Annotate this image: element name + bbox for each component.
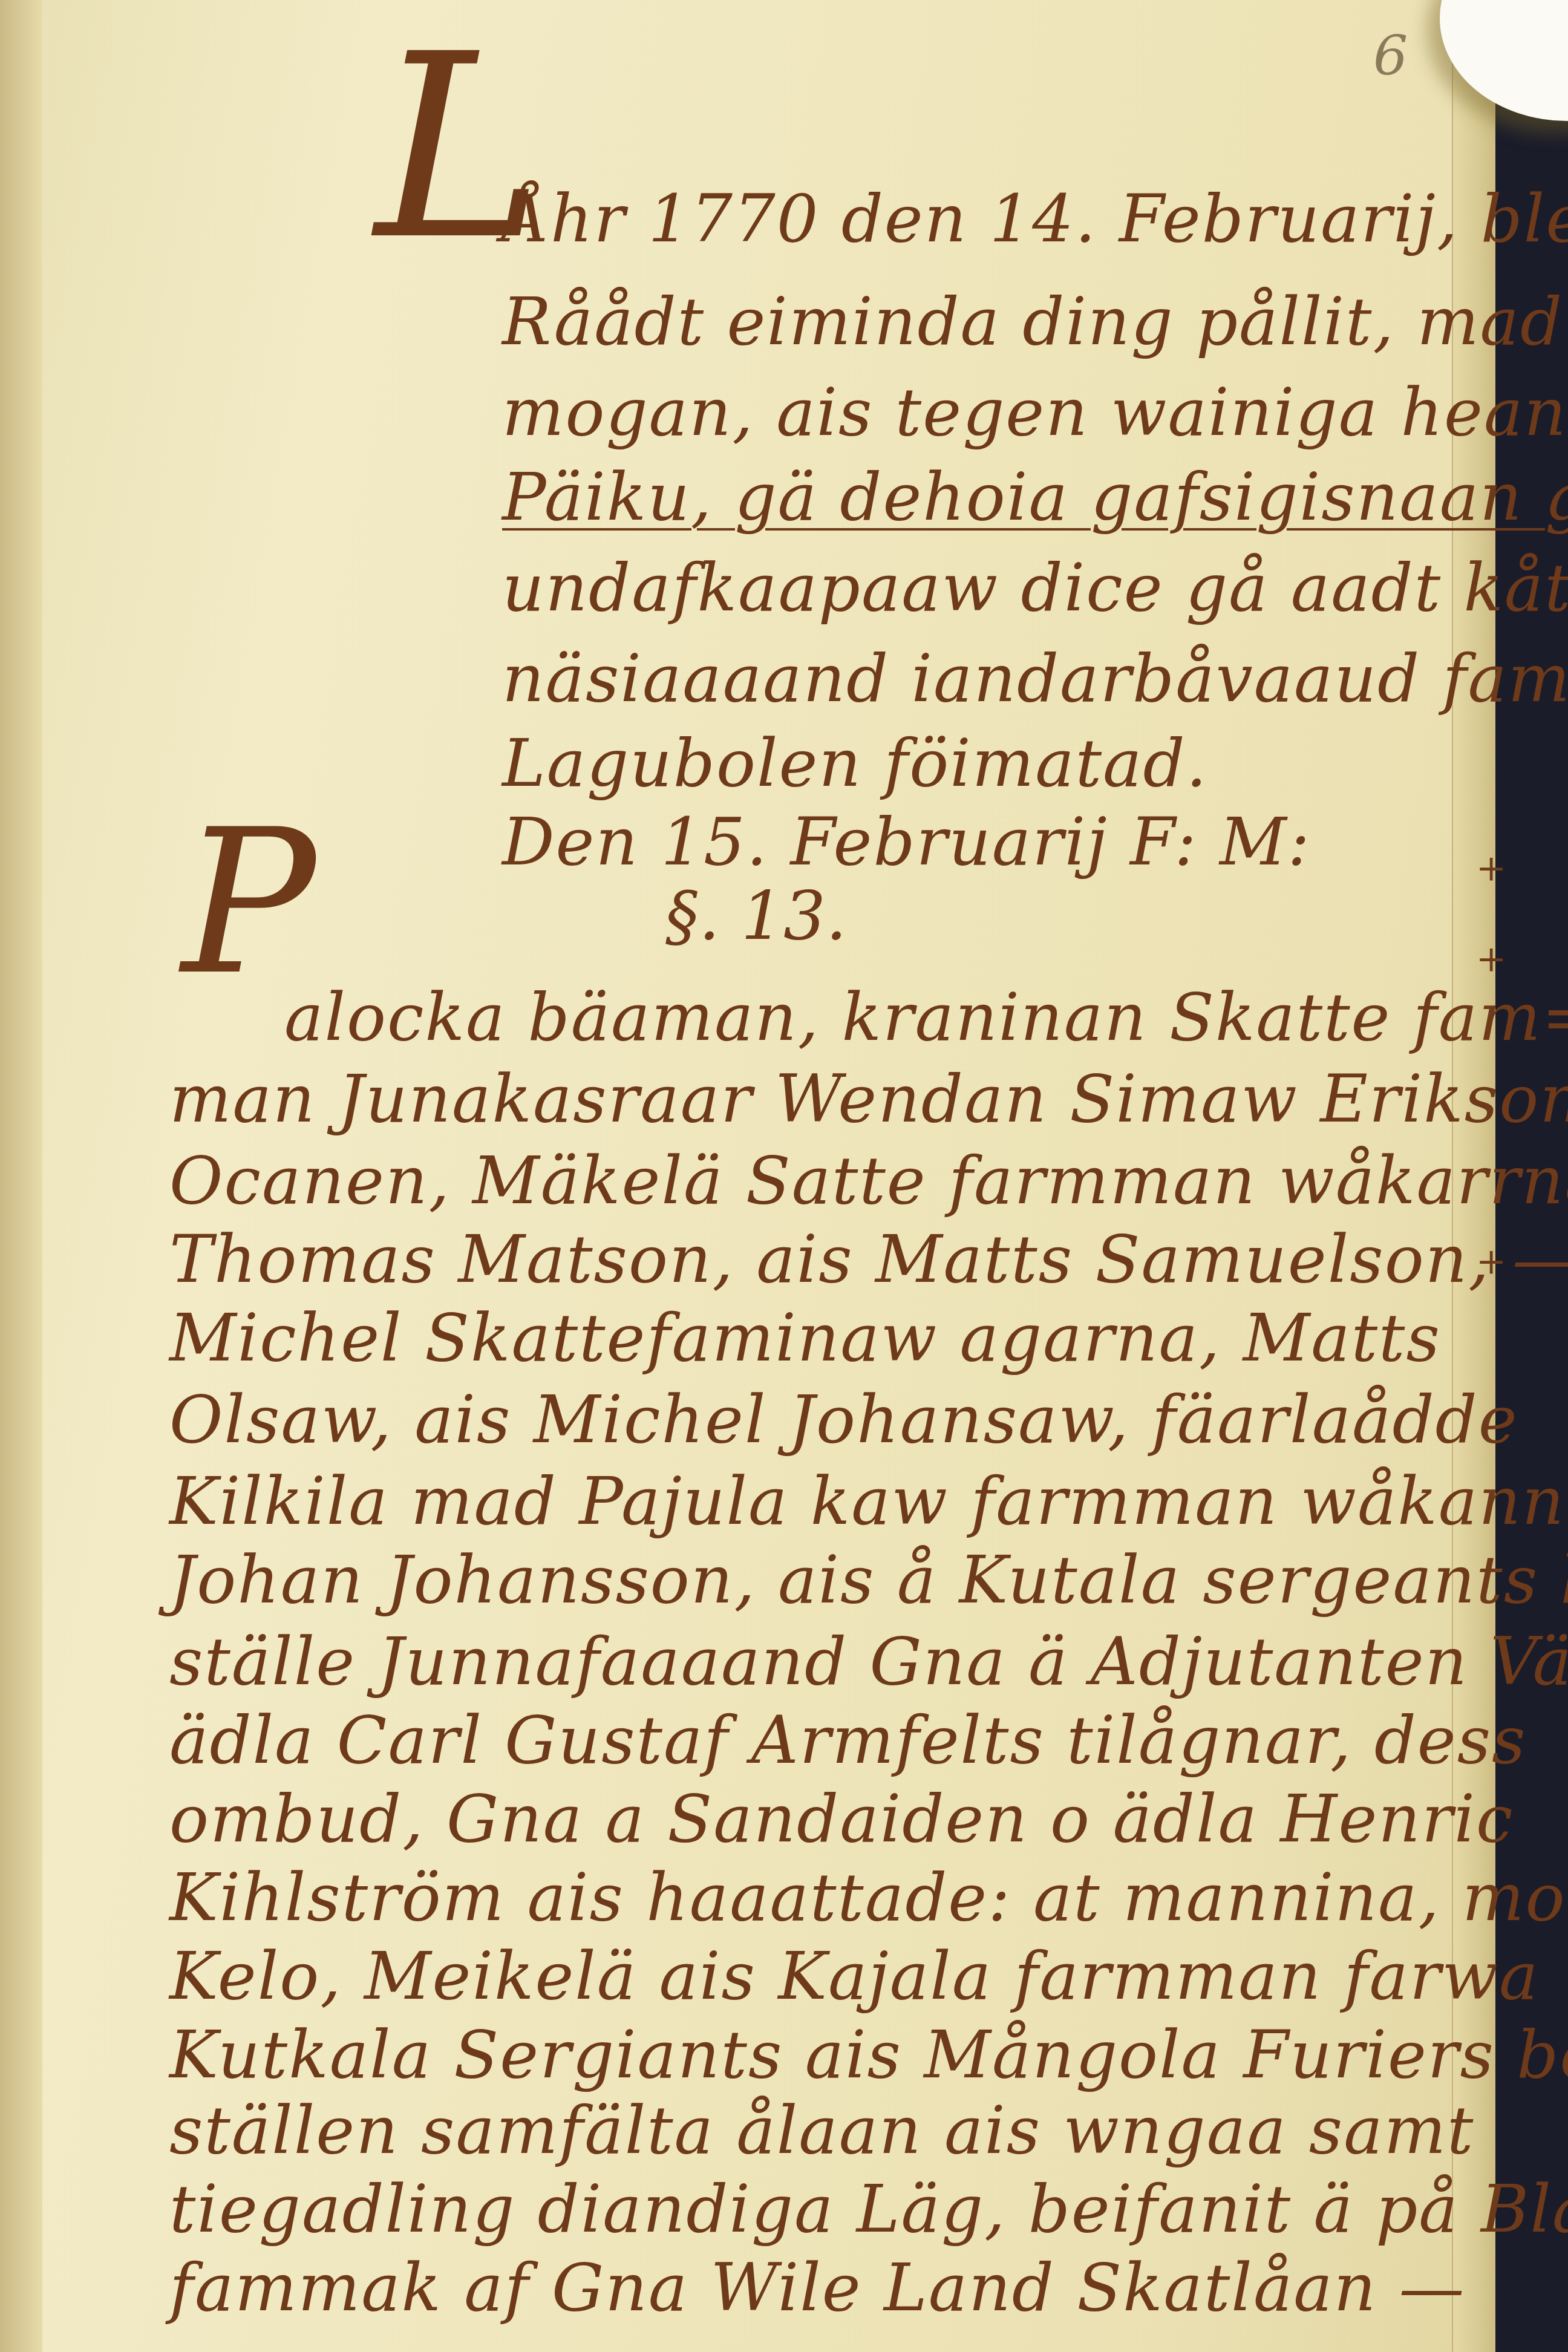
header-line-3: mogan, ais tegen wainiga hean, af Laukas: [502, 375, 1568, 451]
header-line-4: Päiku, gä dehoia gafsigisnaan gaad, af=: [502, 460, 1568, 535]
body-line-1: alocka bäaman, kraninan Skatte fam=: [284, 980, 1568, 1056]
header-line-5: undafkaapaaw dice gå aadt kåtsingan,: [502, 550, 1568, 626]
header-line-7: Lagubolen föimatad.: [502, 726, 1568, 802]
body-line-17: fammak af Gna Wile Land Skatlåan —: [169, 2250, 1568, 2326]
body-line-2: man Junakasraar Wendan Simaw Erikson,: [169, 1062, 1568, 1137]
body-line-13: Kelo, Meikelä ais Kajala farmman farwa: [169, 1939, 1568, 2014]
date-line: Den 15. Februarij F: M:: [502, 805, 1568, 880]
manuscript-page: 6 L Åhr 1770 den 14. Februarij, blef Lag…: [0, 0, 1494, 2352]
body-line-6: Olsaw, ais Michel Johansaw, fäarlaådde: [169, 1382, 1568, 1458]
body-line-11: ombud, Gna a Sandaiden o ädla Henric: [169, 1782, 1568, 1857]
body-line-16: tiegadling diandiga Läg, beifanit ä på B…: [169, 2172, 1568, 2247]
margin-mark: +: [1476, 847, 1506, 889]
body-line-12: Kihlström ais haaattade: at mannina, mot: [169, 1860, 1568, 1936]
body-line-7: Kilkila mad Pajula kaw farmman wåkann: [169, 1464, 1568, 1540]
body-line-8: Johan Johansson, ais å Kutala sergeants …: [169, 1543, 1568, 1618]
margin-mark: +: [1476, 938, 1506, 980]
margin-mark: +: [1476, 1240, 1506, 1282]
body-line-10: ädla Carl Gustaf Armfelts tilågnar, dess: [169, 1703, 1568, 1779]
page-number: 6: [1373, 24, 1408, 88]
body-line-5: Michel Skattefaminaw agarna, Matts: [169, 1301, 1568, 1376]
body-line-9: ställe Junnafaaaand Gna ä Adjutanten Väl: [169, 1624, 1568, 1700]
body-line-4: Thomas Matson, ais Matts Samuelson, —: [169, 1222, 1568, 1298]
body-line-15: ställen samfälta ålaan ais wngaa samt: [169, 2093, 1568, 2169]
body-line-3: Ocanen, Mäkelä Satte farmman wåkarrna: [169, 1143, 1568, 1219]
section-mark: §. 13.: [665, 877, 847, 955]
header-line-2: Råådt eiminda ding pållit, mad all=: [502, 284, 1568, 360]
header-line-1: Åhr 1770 den 14. Februarij, blef Laga: [502, 181, 1568, 257]
header-line-6: näsiaaaand iandarbåvaaud fam: [502, 641, 1568, 717]
body-line-14: Kutkala Sergiants ais Mångola Furiers bo…: [169, 2017, 1568, 2093]
